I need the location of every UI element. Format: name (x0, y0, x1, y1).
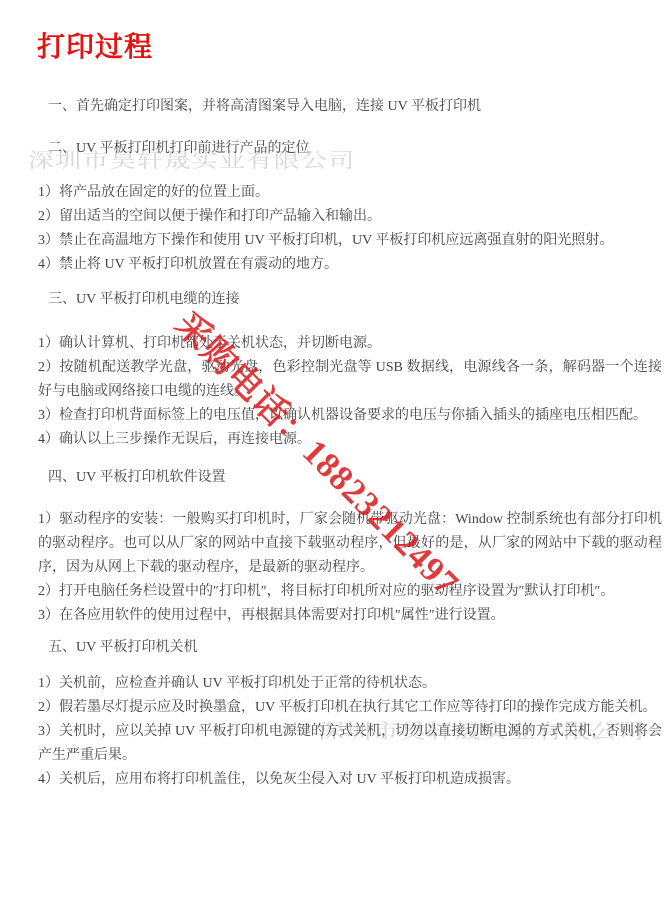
section4-item-3: 3）在各应用软件的使用过程中，再根据具体需要对打印机″属性″进行设置。 (38, 604, 662, 628)
section-heading-2: 二、UV 平板打印机打印前进行产品的定位 (48, 137, 658, 161)
document-page: 深圳市昊轩晟实业有限公司 深圳市昊轩晟实业有限公司 采购电话：188232124… (0, 0, 668, 913)
section2-item-1: 1）将产品放在固定的好的位置上面。 (38, 181, 662, 205)
section5-item-1: 1）关机前，应检查并确认 UV 平板打印机处于正常的待机状态。 (38, 672, 662, 696)
section4-item-2: 2）打开电脑任务栏设置中的″打印机″，将目标打印机所对应的驱动程序设置为″默认打… (38, 580, 662, 604)
section5-item-2: 2）假若墨尽灯提示应及时换墨盒，UV 平板打印机在执行其它工作应等待打印的操作完… (38, 696, 662, 720)
document-content: 打印过程 一、首先确定打印图案，并将高清图案导入电脑，连接 UV 平板打印机 二… (0, 33, 668, 792)
page-title: 打印过程 (37, 33, 668, 63)
section-heading-5: 五、UV 平板打印机关机 (48, 636, 658, 660)
section2-item-3: 3）禁止在高温地方下操作和使用 UV 平板打印机，UV 平板打印机应远离强直射的… (38, 229, 662, 253)
section3-item-3: 3）检查打印机背面标签上的电压值，以确认机器设备要求的电压与你插入插头的插座电压… (38, 404, 662, 428)
section3-item-2: 2）按随机配送教学光盘，驱动光盘，色彩控制光盘等 USB 数据线，电源线各一条，… (38, 356, 662, 404)
section-heading-1: 一、首先确定打印图案，并将高清图案导入电脑，连接 UV 平板打印机 (48, 95, 658, 119)
section-heading-3: 三、UV 平板打印机电缆的连接 (48, 288, 658, 312)
section3-item-1: 1）确认计算机、打印机都处于关机状态，并切断电源。 (38, 332, 662, 356)
section2-item-2: 2）留出适当的空间以便于操作和打印产品输入和输出。 (38, 205, 662, 229)
section5-item-4: 4）关机后，应用布将打印机盖住，以免灰尘侵入对 UV 平板打印机造成损害。 (38, 768, 662, 792)
section5-item-3: 3）关机时，应以关掉 UV 平板打印机电源键的方式关机，切勿以直接切断电源的方式… (38, 720, 662, 768)
section2-item-4: 4）禁止将 UV 平板打印机放置在有震动的地方。 (38, 253, 662, 277)
